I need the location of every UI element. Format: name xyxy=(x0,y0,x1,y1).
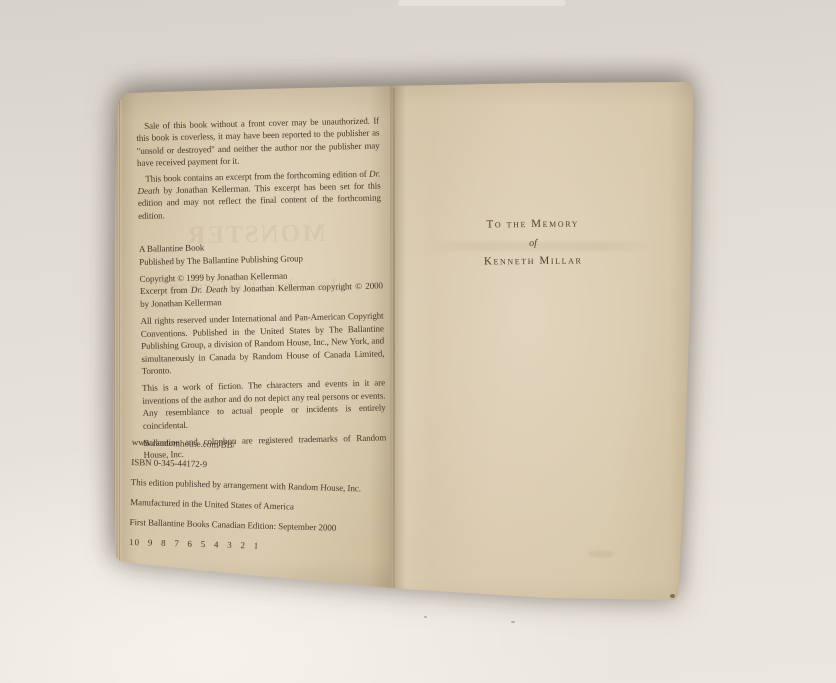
dedication-line: of xyxy=(423,237,643,250)
dedication-block: To the Memory of Kenneth Millar xyxy=(423,217,644,268)
copyright-page: MONSTER Jonathan Kellerman Sale of this … xyxy=(108,84,392,590)
coverless-notice: Sale of this book without a front cover … xyxy=(136,114,380,169)
surface-speck xyxy=(424,616,427,618)
excerpt-notice: This book contains an excerpt from the f… xyxy=(137,167,381,222)
paper-smudge xyxy=(588,550,614,558)
copyright-line-text: Excerpt from xyxy=(140,285,191,296)
excerpt-notice-text: by Jonathan Kellerman. This excerpt has … xyxy=(138,181,381,221)
arrangement-line: This edition published by arrangement wi… xyxy=(131,476,381,495)
printing-number-line: 10 9 8 7 6 5 4 3 2 1 xyxy=(129,535,379,554)
isbn-number: ISBN 0-345-44172-9 xyxy=(131,456,381,475)
edition-line: First Ballantine Books Canadian Edition:… xyxy=(129,516,379,535)
stain-spot xyxy=(670,594,675,598)
surface-speck xyxy=(511,621,515,623)
manufactured-line: Manufactured in the United States of Ame… xyxy=(130,496,380,515)
dedication-line: To the Memory xyxy=(423,217,643,231)
copyright-book-title-italic: Dr. Death xyxy=(191,284,228,295)
rights-paragraph: All rights reserved under International … xyxy=(140,310,384,378)
dedication-line: Kenneth Millar xyxy=(423,254,643,268)
page-edge-stack xyxy=(114,100,122,562)
edition-text-block: www.randomhouse.com/BB/ ISBN 0-345-44172… xyxy=(129,436,382,562)
fiction-disclaimer: This is a work of fiction. The character… xyxy=(142,377,386,432)
copyright-text-block: Sale of this book without a front cover … xyxy=(136,114,387,461)
open-paperback-book: MONSTER Jonathan Kellerman Sale of this … xyxy=(0,0,836,683)
dedication-page: To the Memory of Kenneth Millar xyxy=(390,80,697,606)
photo-background: MONSTER Jonathan Kellerman Sale of this … xyxy=(0,0,836,683)
copyright-line: Excerpt from Dr. Death by Jonathan Kelle… xyxy=(140,280,384,310)
